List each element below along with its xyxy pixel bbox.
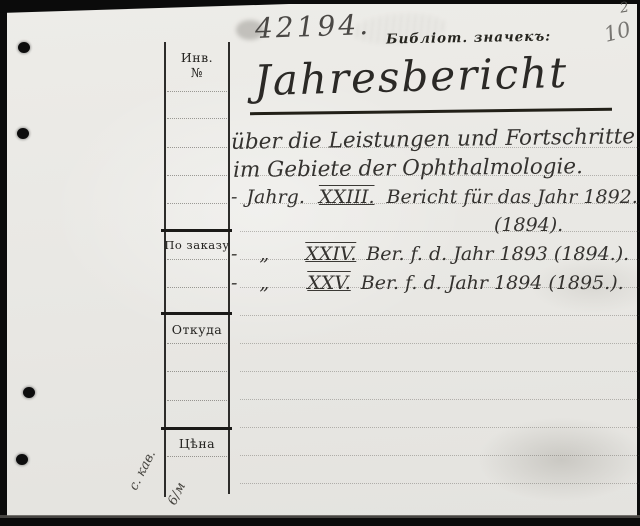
ledger-section-divider (161, 312, 232, 315)
entry-line-1: -Jahrg.XXIII.Bericht für das Jahr 1892. (231, 186, 638, 208)
ruling-line (240, 231, 639, 232)
ledger-cell-line (167, 91, 227, 92)
card-title: Jahresbericht (253, 48, 568, 105)
ledger-cell-line (167, 343, 227, 344)
ditto-mark: „ (259, 243, 269, 265)
entry-dash: - (231, 272, 237, 294)
entry-text: Ber. f. d. Jahr 1893 (1894.). (366, 243, 629, 265)
ledger-cell-line (167, 400, 227, 401)
ruling-line (240, 371, 639, 372)
ledger-cell-line (167, 203, 227, 204)
ledger-label-by-order: По заказу (164, 238, 230, 252)
volume-numeral: XXIII. (319, 186, 375, 208)
ledger-section-divider (161, 229, 232, 232)
ledger-cell-line (167, 147, 227, 148)
entry-text: Bericht für das Jahr 1892. (387, 186, 638, 208)
ledger-label-inventory: Инв. (164, 50, 230, 65)
ledger-label-price: Цѣна (164, 436, 230, 451)
entry-dash: - (231, 186, 237, 208)
subtitle-line-2: im Gebiete der Ophthalmologie. (233, 154, 583, 183)
volume-numeral: XXIV. (305, 243, 356, 265)
entry-prefix: Jahrg. (246, 186, 304, 208)
ledger-cell-line (167, 456, 227, 457)
ruling-line (240, 427, 639, 428)
punch-hole (18, 42, 30, 53)
ledger-section-divider (161, 427, 232, 430)
scanned-catalog-card: Инв. № По заказу Откуда Цѣна 42194. Библ… (0, 0, 640, 526)
ruling-line (240, 399, 639, 400)
ruling-line (240, 315, 639, 316)
entry-dash: - (231, 243, 237, 265)
volume-numeral: XXV. (307, 272, 351, 294)
ledger-cell-line (167, 371, 227, 372)
printed-header-label: Библіот. значекъ: (386, 29, 551, 48)
ledger-label-inventory-number-sign: № (164, 65, 230, 80)
corner-pencil-superscript: 2 (619, 0, 631, 17)
scan-edge-bottom-shadow (0, 515, 640, 518)
punch-hole (16, 454, 28, 465)
entry-line-3: -„XXV.Ber. f. d. Jahr 1894 (1895.). (231, 272, 624, 294)
ruling-line (240, 483, 639, 484)
ditto-mark: „ (259, 272, 269, 294)
ledger-cell-line (167, 287, 227, 288)
punch-hole (23, 387, 35, 398)
entry-line-2: -„XXIV.Ber. f. d. Jahr 1893 (1894.). (231, 243, 629, 265)
ledger-cell-line (167, 259, 227, 260)
ledger-label-origin: Откуда (164, 322, 230, 337)
entry-text: Ber. f. d. Jahr 1894 (1895.). (361, 272, 624, 294)
ruling-line (240, 455, 639, 456)
ledger-cell-line (167, 175, 227, 176)
punch-hole (17, 128, 29, 139)
ledger-cell-line (167, 118, 227, 119)
ruling-line (240, 343, 639, 344)
entry-line-1-continuation: (1894). (494, 214, 563, 236)
